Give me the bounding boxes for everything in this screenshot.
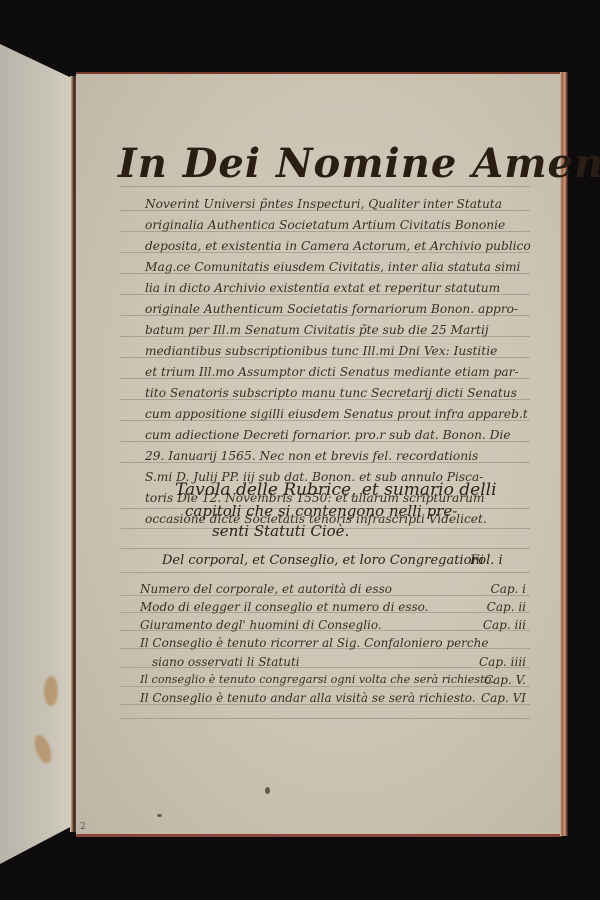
page-heading: In Dei Nomine Amen. (118, 140, 600, 187)
toc-entry-ref: Cap. iiii (446, 655, 526, 669)
toc-entry-label: Numero del corporale, et autorità di ess… (140, 582, 392, 596)
preamble-line: cum appositione sigilli eiusdem Senatus … (145, 407, 528, 421)
toc-title-line: Tavola delle Rubrice, et sumario delli (175, 480, 497, 500)
toc-entry-ref: Cap. ii (446, 600, 526, 614)
toc-entry-label: Il Conseglio è tenuto andar alla visità … (140, 691, 476, 705)
stain (31, 733, 54, 766)
preamble-line: Noverint Universi p̃ntes Inspecturi, Qua… (145, 197, 502, 211)
preamble-line: Mag.ce Comunitatis eiusdem Civitatis, in… (145, 260, 520, 274)
preamble-line: originalia Authentica Societatum Artium … (145, 218, 505, 232)
toc-entry-ref: Cap. VI (446, 691, 526, 705)
preamble-line: lia in dicto Archivio existentia extat e… (145, 281, 500, 295)
toc-entry-ref: Cap. iii (446, 618, 526, 632)
toc-entry-label: Giuramento degl' huomini di Conseglio. (140, 618, 382, 632)
ink-spot (265, 787, 270, 794)
toc-title-line: capitoli che si contengono nelli pre- (185, 502, 457, 520)
preamble-line: et trium Ill.mo Assumptor dicti Senatus … (145, 365, 519, 379)
toc-entry-label: Modo di elegger il conseglio et numero d… (140, 600, 428, 614)
preamble-line: tito Senatoris subscripto manu tunc Secr… (145, 386, 517, 400)
ink-spot (157, 814, 162, 817)
preamble-line: cum adiectione Decreti fornarior. pro.r … (145, 428, 511, 442)
toc-entry-ref: Cap. i (446, 582, 526, 596)
left-page (0, 44, 76, 864)
toc-entry-ref: Cap. V. (446, 673, 526, 687)
preamble-line: 29. Ianuarij 1565. Nec non et brevis fel… (145, 449, 478, 463)
stain (44, 676, 58, 706)
toc-section-label: Del corporal, et Conseglio, et loro Cong… (162, 553, 484, 568)
preamble-line: deposita, et existentia in Camera Actoru… (145, 239, 531, 253)
preamble-line: originale Authenticum Societatis fornari… (145, 302, 518, 316)
preamble-line: mediantibus subscriptionibus tunc Ill.mi… (145, 344, 497, 358)
preamble-line: batum per Ill.m Senatum Civitatis p̃te s… (145, 323, 489, 337)
folio-mark: 2 (80, 822, 86, 832)
toc-entry-label: Il conseglio è tenuto congregarsi ogni v… (140, 673, 495, 686)
toc-entry-label: siano osservati li Statuti (152, 655, 300, 669)
toc-title-line: senti Statuti Cioè. (212, 522, 349, 540)
toc-entry-label: Il Conseglio è tenuto ricorrer al Sig. C… (140, 636, 488, 650)
toc-section-ref: Fol. i (470, 553, 503, 568)
